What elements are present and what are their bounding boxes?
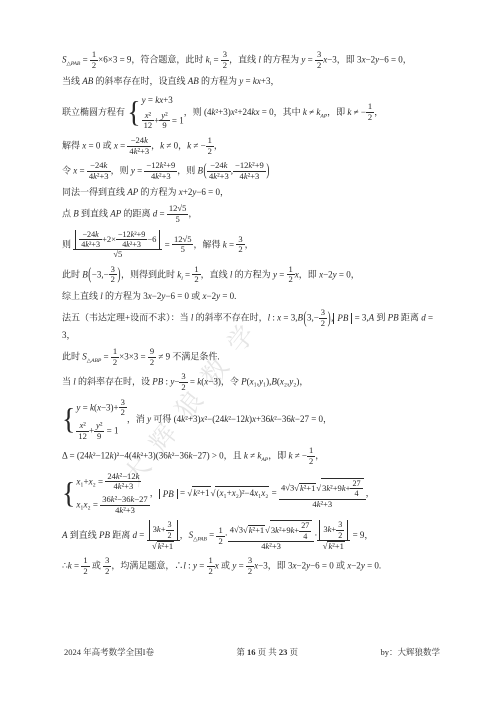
footer-author: by：大辉狼数学 [380, 646, 440, 658]
solution-line: 解得 x = 0 或 x = −24k4k²+3，k ≠ 0，k ≠ −12， [62, 136, 446, 157]
solution-line: 当 l 的斜率存在时，设 PB : y−32 = k(x−3)，令 P(x₁,y… [62, 372, 446, 393]
solution-content: S△PAB = 12×6×3 = 9，符合题意，此时 kl = 32，直线 l … [62, 50, 446, 582]
solution-line: 点 B 到直线 AP 的距离 d = 12√55， [62, 204, 446, 225]
solution-line: 此时 S△ABP = 12×3×3 = 92 ≠ 9 不满足条件. [62, 347, 446, 368]
solution-line: ∴k = 12 或 32，均满足题意，∴l : y = 12x 或 y = 32… [62, 556, 446, 577]
solution-line: 此时 B(−3,−32)，则得到此时 kl = 12，直线 l 的方程为 y =… [62, 265, 446, 286]
document-page: 大辉狼数学 S△PAB = 12×6×3 = 9，符合题意，此时 kl = 32… [0, 0, 500, 707]
solution-line: Δ = (24k²−12k)²−4(4k²+3)(36k²−36k−27) > … [62, 446, 446, 467]
solution-line: 法五（韦达定理+设而不求）：当 l 的斜率不存在时，l : x = 3,B(3,… [62, 308, 446, 343]
solution-line: S△PAB = 12×6×3 = 9，符合题意，此时 kl = 32，直线 l … [62, 50, 446, 71]
solution-line: 则 −24k4k²+3+2×−12k²+94k²+3−6√5 = 12√55，解… [62, 230, 446, 261]
footer-exam-title: 2024 年高考数学全国I卷 [64, 646, 154, 658]
solution-line: {x₁+x₂ = 24k²−12k4k²+3x₁x₂ = 36k²−36k−27… [62, 472, 446, 516]
page-footer: 2024 年高考数学全国I卷 第 16 页 共 23 页 by：大辉狼数学 [64, 646, 440, 658]
solution-line: 综上直线 l 的方程为 3x−2y−6 = 0 或 x−2y = 0. [62, 290, 446, 304]
footer-page-number: 第 16 页 共 23 页 [236, 646, 298, 658]
solution-line: 联立椭圆方程有 {y = kx+3x²12+y²9 = 1，则 (4k²+3)x… [62, 94, 446, 132]
solution-line: A 到直线 PB 距离 d = 3k+32√k²+1，S△PAB = 12·4√… [62, 520, 446, 552]
solution-line: 当线 AB 的斜率存在时，设直线 AB 的方程为 y = kx+3， [62, 75, 446, 89]
solution-line: {y = k(x−3)+32x²12+y²9 = 1，消 y 可得 (4k²+3… [62, 398, 446, 442]
solution-line: 同法一得到直线 AP 的方程为 x+2y−6 = 0， [62, 186, 446, 200]
solution-line: 令 x = −24k4k²+3，则 y = −12k²+94k²+3，则 B(−… [62, 161, 446, 182]
